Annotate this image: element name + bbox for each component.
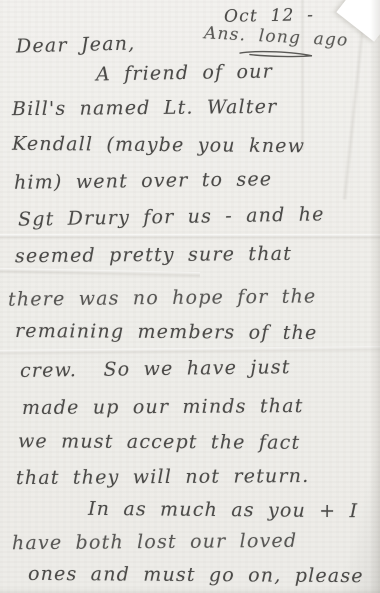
letter-scan: Oct 12 - Ans. long ago Dear Jean, A frie… bbox=[0, 0, 380, 593]
letter-line: Sgt Drury for us - and he bbox=[18, 203, 325, 230]
letter-line: there was no hope for the bbox=[8, 285, 317, 310]
horizontal-crease bbox=[0, 268, 200, 278]
letter-line: we must accept the fact bbox=[18, 430, 300, 453]
paper-edge-shadow bbox=[0, 587, 380, 593]
salutation: Dear Jean, bbox=[16, 32, 136, 57]
letter-line: In as much as you + I bbox=[88, 498, 358, 522]
letter-line: Bill's named Lt. Walter bbox=[12, 96, 278, 120]
horizontal-crease bbox=[0, 234, 380, 240]
letter-line: made up our minds that bbox=[22, 395, 304, 419]
answered-note: Ans. long ago bbox=[204, 23, 349, 51]
letter-line: remaining members of the bbox=[15, 320, 318, 344]
letter-line: that they will not return. bbox=[16, 465, 310, 489]
answered-underline bbox=[238, 47, 316, 61]
letter-line: crew. So we have just bbox=[20, 356, 291, 382]
letter-line: have both lost our loved bbox=[12, 530, 297, 554]
letter-line: him) went over to see bbox=[14, 168, 273, 194]
horizontal-crease bbox=[0, 346, 380, 356]
letter-line: A friend of our bbox=[96, 60, 273, 85]
date-note: Oct 12 - bbox=[224, 5, 314, 27]
letter-line: ones and must go on, please bbox=[28, 563, 364, 587]
paper-edge-shadow bbox=[370, 0, 380, 593]
letter-line: seemed pretty sure that bbox=[15, 243, 292, 267]
letter-line: Kendall (maybe you knew bbox=[12, 133, 305, 158]
